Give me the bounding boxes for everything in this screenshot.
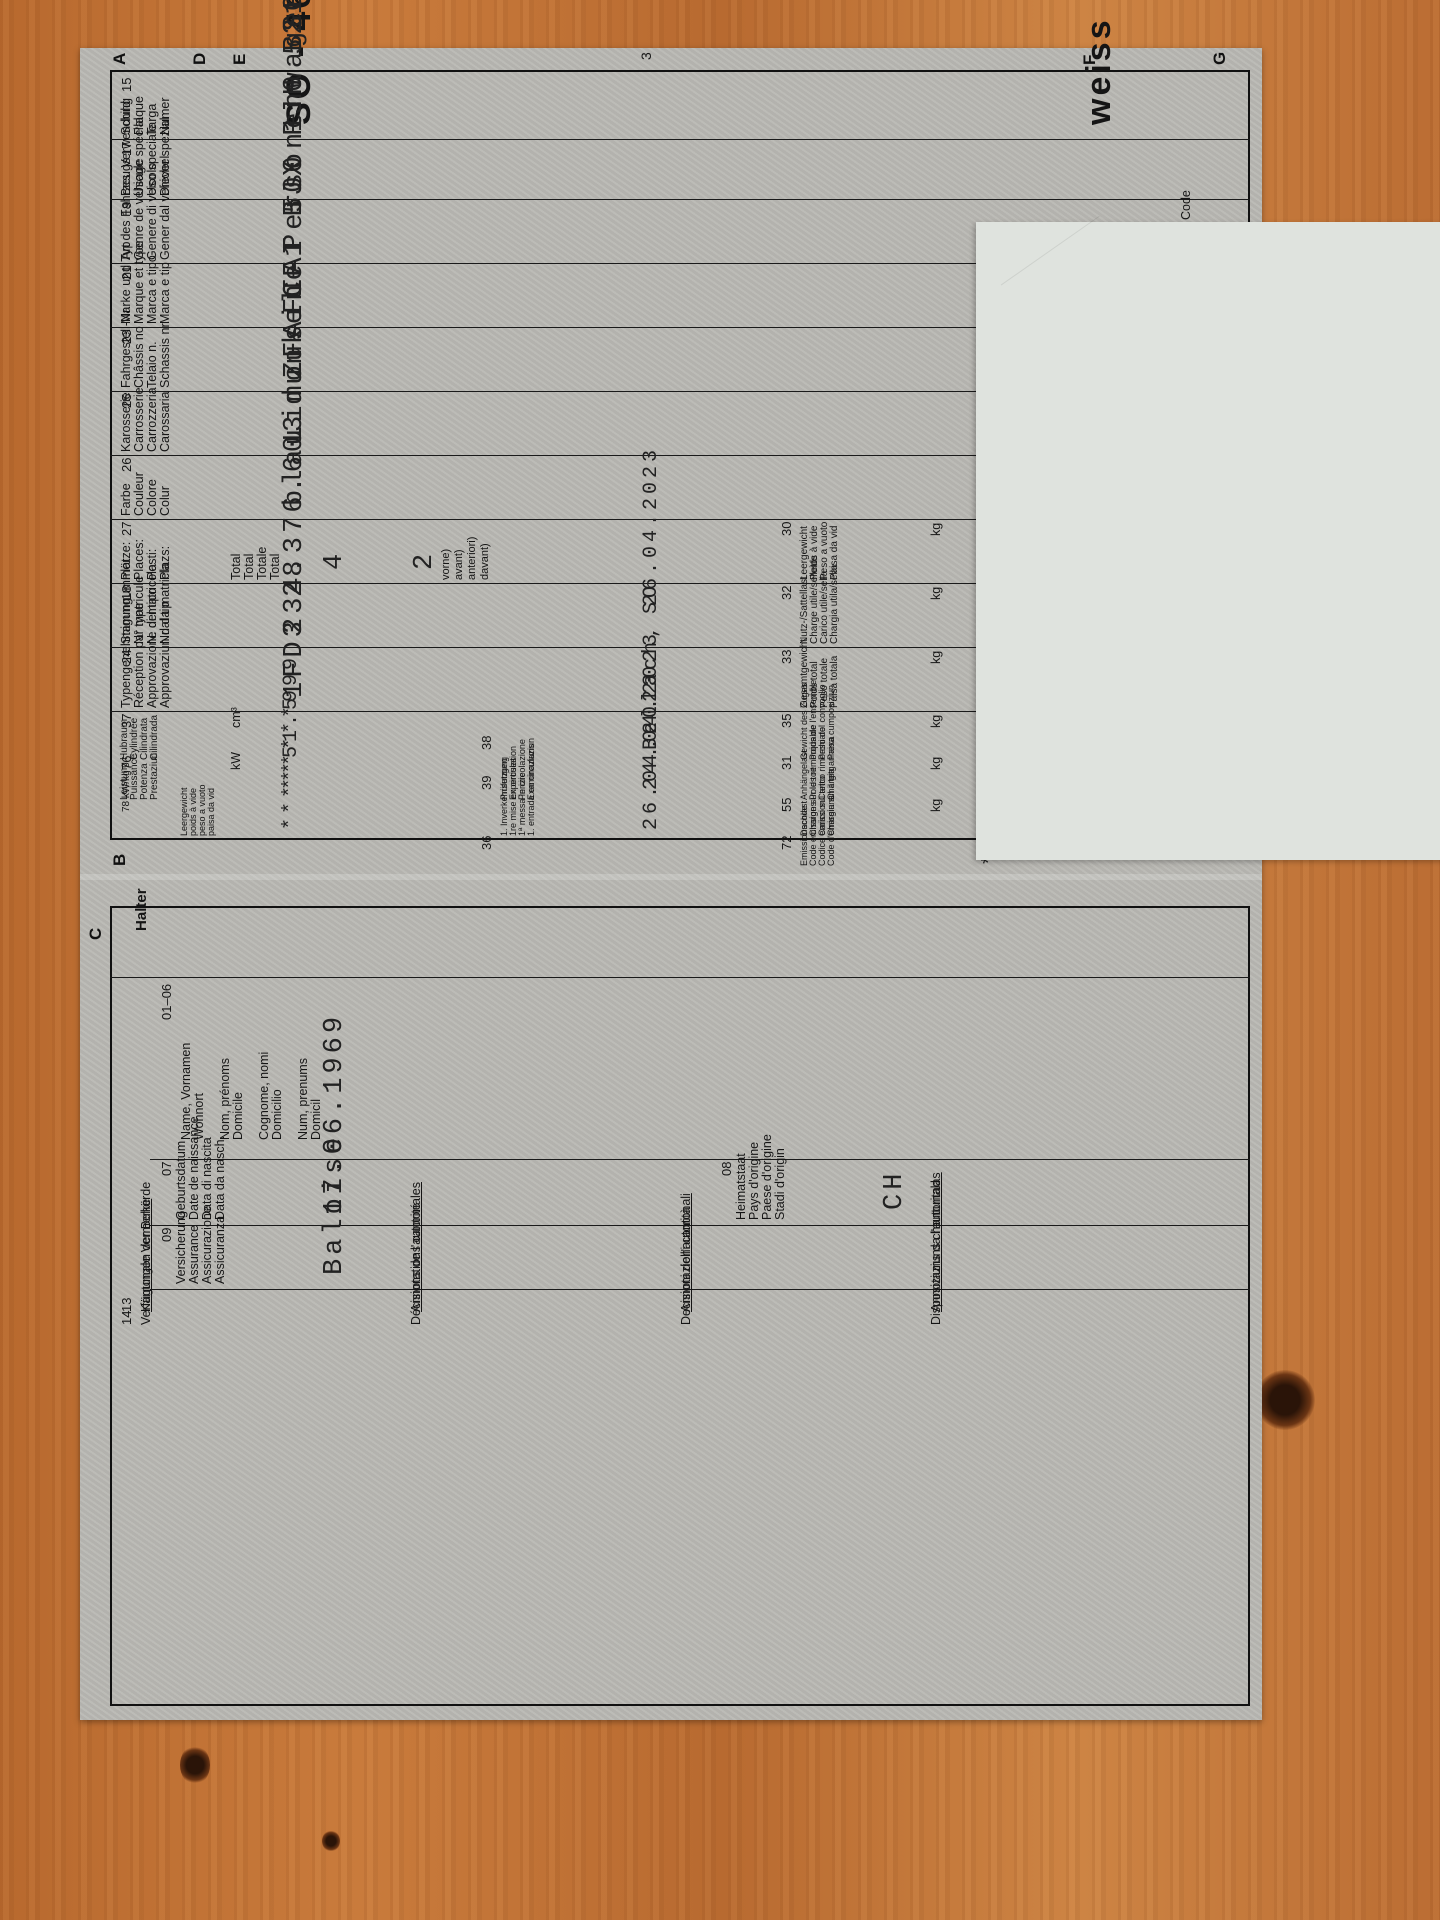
weight-number: 72 bbox=[780, 836, 793, 850]
weight-number: 30 bbox=[780, 522, 793, 536]
power-weight-sublabel: Leergewicht poids à vide peso a vuoto pa… bbox=[180, 784, 216, 836]
section-letter-b: B bbox=[110, 854, 130, 866]
holder-header-text-wrap bbox=[110, 906, 1250, 978]
weight-unit: kg bbox=[930, 587, 943, 600]
field-09-number: 09 bbox=[160, 1228, 173, 1242]
annotation-it-sub: Decisioni dell'autorità bbox=[680, 1207, 693, 1325]
power-weight-label: 78 kW/kg bbox=[120, 770, 133, 812]
weight-number: 32 bbox=[780, 586, 793, 600]
weight-number: 33 bbox=[780, 650, 793, 664]
wood-knot bbox=[180, 1745, 210, 1785]
sticky-note-covering-holder-name bbox=[976, 222, 1440, 860]
weight-number: 35 bbox=[780, 714, 793, 728]
section-letter-e: E bbox=[230, 54, 250, 65]
booklet-fold bbox=[80, 874, 1262, 880]
holder-page: C Halter 01–06 Name, Vornamen Wohnort No… bbox=[80, 890, 1262, 1720]
holder-header-de: Halter bbox=[116, 888, 167, 956]
annotation-fr-sub: Décisions de l'autorité bbox=[410, 1203, 423, 1325]
weight-unit: kg bbox=[930, 757, 943, 770]
field-01-06-number: 01–06 bbox=[160, 984, 173, 1020]
color-number: 26 bbox=[120, 458, 133, 472]
section-letter-a: A bbox=[110, 53, 130, 65]
field-08-label: Heimatstaat Pays d'origine Paese d'origi… bbox=[735, 1134, 787, 1220]
annotation-rm-sub: Disposiziuns da l'autoritad bbox=[930, 1180, 943, 1325]
weight-unit: kg bbox=[930, 715, 943, 728]
displacement-unit: cm³ bbox=[230, 707, 243, 728]
section-letter-f: F bbox=[1080, 55, 1100, 65]
type-approval-label: Typengenehmigung Réception par type Appr… bbox=[120, 588, 172, 708]
weight-unit: kg bbox=[930, 651, 943, 664]
chassis-label: Fahrgestell-Nr. Châssis no Telaio n. Sch… bbox=[120, 306, 172, 388]
seats-front-value: 2 bbox=[410, 550, 440, 570]
inspections-number: 39 bbox=[480, 776, 493, 790]
weight-unit: kg bbox=[930, 799, 943, 812]
section-letter-d: D bbox=[190, 53, 210, 65]
field-09-label: Versicherung Assurance Assicurazione Ass… bbox=[175, 1206, 227, 1284]
header-halter: Halter bbox=[133, 888, 150, 931]
weight-number: 55 bbox=[780, 798, 793, 812]
inspections-label: Prüfungen Expertises Perizie Examinaziun… bbox=[500, 744, 536, 800]
annotation-de-sub: Verfügungen der Behörde bbox=[140, 1182, 153, 1325]
seats-front-label: vorne) avant) anteriori) davant) bbox=[440, 537, 492, 580]
weight-label: Emissionscode Code émissions Codice emis… bbox=[800, 795, 836, 866]
weight-label: Nutz-/Sattellast Charge utile/sellette C… bbox=[800, 556, 840, 644]
power-weight-value: ****** bbox=[280, 734, 303, 830]
page-number: 3 bbox=[640, 52, 653, 60]
section-letter-c: C bbox=[86, 928, 106, 940]
field-07-label: Geburtsdatum Date de naissance Data di n… bbox=[175, 1116, 227, 1220]
field-14-number: 14 bbox=[120, 1311, 133, 1325]
origin-country-value: CH bbox=[880, 1170, 910, 1210]
plate-color-value: weiss bbox=[1080, 17, 1119, 125]
weight-number: 31 bbox=[780, 756, 793, 770]
seats-total-value: 4 bbox=[320, 550, 350, 570]
section-letter-g: G bbox=[1210, 52, 1230, 65]
seats-number: 27 bbox=[120, 522, 133, 536]
field-07-08-cell bbox=[150, 1160, 1250, 1226]
seats-total-label: Total Total Totale Total bbox=[230, 547, 282, 580]
field-07-number: 07 bbox=[160, 1162, 173, 1176]
body-label: Karosserie Carrosserie Carrozzeria Caros… bbox=[120, 387, 172, 452]
inspections-value: 24.04.2023 SO bbox=[640, 582, 663, 790]
wood-knot bbox=[322, 1830, 340, 1852]
field-38-number: 38 bbox=[480, 736, 493, 750]
insurance-value: Baloise bbox=[320, 1134, 350, 1275]
field-08-number: 08 bbox=[720, 1162, 733, 1176]
vehicle-type-code-label: Code bbox=[1180, 190, 1193, 220]
field-09-cell bbox=[150, 1226, 1250, 1290]
plate-number-label: 15 bbox=[120, 78, 133, 92]
power-unit: kW bbox=[230, 752, 243, 770]
first-registration-number: 36 bbox=[480, 836, 493, 850]
color-label: Farbe Couleur Colore Colur bbox=[120, 472, 172, 516]
weight-unit: kg bbox=[930, 523, 943, 536]
wood-knot bbox=[1255, 1370, 1315, 1430]
